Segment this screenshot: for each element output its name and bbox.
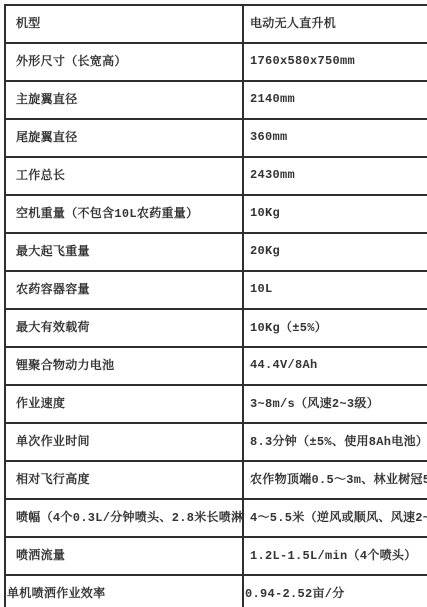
table-row: 主旋翼直径 2140mm (5, 81, 427, 119)
spec-value: 农作物顶端0.5～3m、林业树冠5-10m (243, 461, 427, 499)
spec-label: 尾旋翼直径 (5, 119, 243, 157)
spec-label: 空机重量（不包含10L农药重量） (5, 195, 243, 233)
spec-label: 作业速度 (5, 385, 243, 423)
spec-label: 主旋翼直径 (5, 81, 243, 119)
table-row: 最大有效载荷 10Kg（±5%） (5, 309, 427, 347)
spec-label: 机型 (5, 5, 243, 43)
spec-label: 最大起飞重量 (5, 233, 243, 271)
table-row: 单机喷洒作业效率 0.94-2.52亩/分 (5, 575, 427, 607)
table-row: 锂聚合物动力电池 44.4V/8Ah (5, 347, 427, 385)
table-row: 喷洒流量 1.2L-1.5L/min（4个喷头） (5, 537, 427, 575)
spec-value: 电动无人直升机 (243, 5, 427, 43)
spec-label: 单次作业时间 (5, 423, 243, 461)
spec-value: 360mm (243, 119, 427, 157)
spec-value: 20Kg (243, 233, 427, 271)
spec-label: 喷幅（4个0.3L/分钟喷头、2.8米长喷淋管） (5, 499, 243, 537)
table-row: 单次作业时间 8.3分钟（±5%、使用8Ah电池） (5, 423, 427, 461)
table-row: 工作总长 2430mm (5, 157, 427, 195)
spec-label: 锂聚合物动力电池 (5, 347, 243, 385)
spec-label: 最大有效载荷 (5, 309, 243, 347)
spec-table: 机型 电动无人直升机 外形尺寸（长宽高） 1760x580x750mm 主旋翼直… (4, 4, 427, 607)
table-row: 外形尺寸（长宽高） 1760x580x750mm (5, 43, 427, 81)
spec-value: 2430mm (243, 157, 427, 195)
spec-value: 1760x580x750mm (243, 43, 427, 81)
spec-value: 2140mm (243, 81, 427, 119)
table-row: 相对飞行高度 农作物顶端0.5～3m、林业树冠5-10m (5, 461, 427, 499)
spec-value: 4～5.5米（逆风或顺风、风速2~3级） (243, 499, 427, 537)
spec-value: 0.94-2.52亩/分 (243, 575, 427, 607)
spec-value: 8.3分钟（±5%、使用8Ah电池） (243, 423, 427, 461)
spec-label: 单机喷洒作业效率 (5, 575, 243, 607)
spec-sheet-page: 机型 电动无人直升机 外形尺寸（长宽高） 1760x580x750mm 主旋翼直… (0, 0, 427, 607)
table-row: 机型 电动无人直升机 (5, 5, 427, 43)
spec-value: 10L (243, 271, 427, 309)
spec-label: 工作总长 (5, 157, 243, 195)
table-row: 作业速度 3~8m/s（风速2~3级） (5, 385, 427, 423)
spec-table-body: 机型 电动无人直升机 外形尺寸（长宽高） 1760x580x750mm 主旋翼直… (5, 5, 427, 607)
spec-label: 外形尺寸（长宽高） (5, 43, 243, 81)
spec-value: 3~8m/s（风速2~3级） (243, 385, 427, 423)
table-row: 尾旋翼直径 360mm (5, 119, 427, 157)
spec-value: 10Kg (243, 195, 427, 233)
spec-value: 44.4V/8Ah (243, 347, 427, 385)
spec-label: 喷洒流量 (5, 537, 243, 575)
spec-label: 相对飞行高度 (5, 461, 243, 499)
spec-value: 1.2L-1.5L/min（4个喷头） (243, 537, 427, 575)
table-row: 空机重量（不包含10L农药重量） 10Kg (5, 195, 427, 233)
table-row: 农药容器容量 10L (5, 271, 427, 309)
spec-label: 农药容器容量 (5, 271, 243, 309)
table-row: 最大起飞重量 20Kg (5, 233, 427, 271)
spec-value: 10Kg（±5%） (243, 309, 427, 347)
table-row: 喷幅（4个0.3L/分钟喷头、2.8米长喷淋管） 4～5.5米（逆风或顺风、风速… (5, 499, 427, 537)
